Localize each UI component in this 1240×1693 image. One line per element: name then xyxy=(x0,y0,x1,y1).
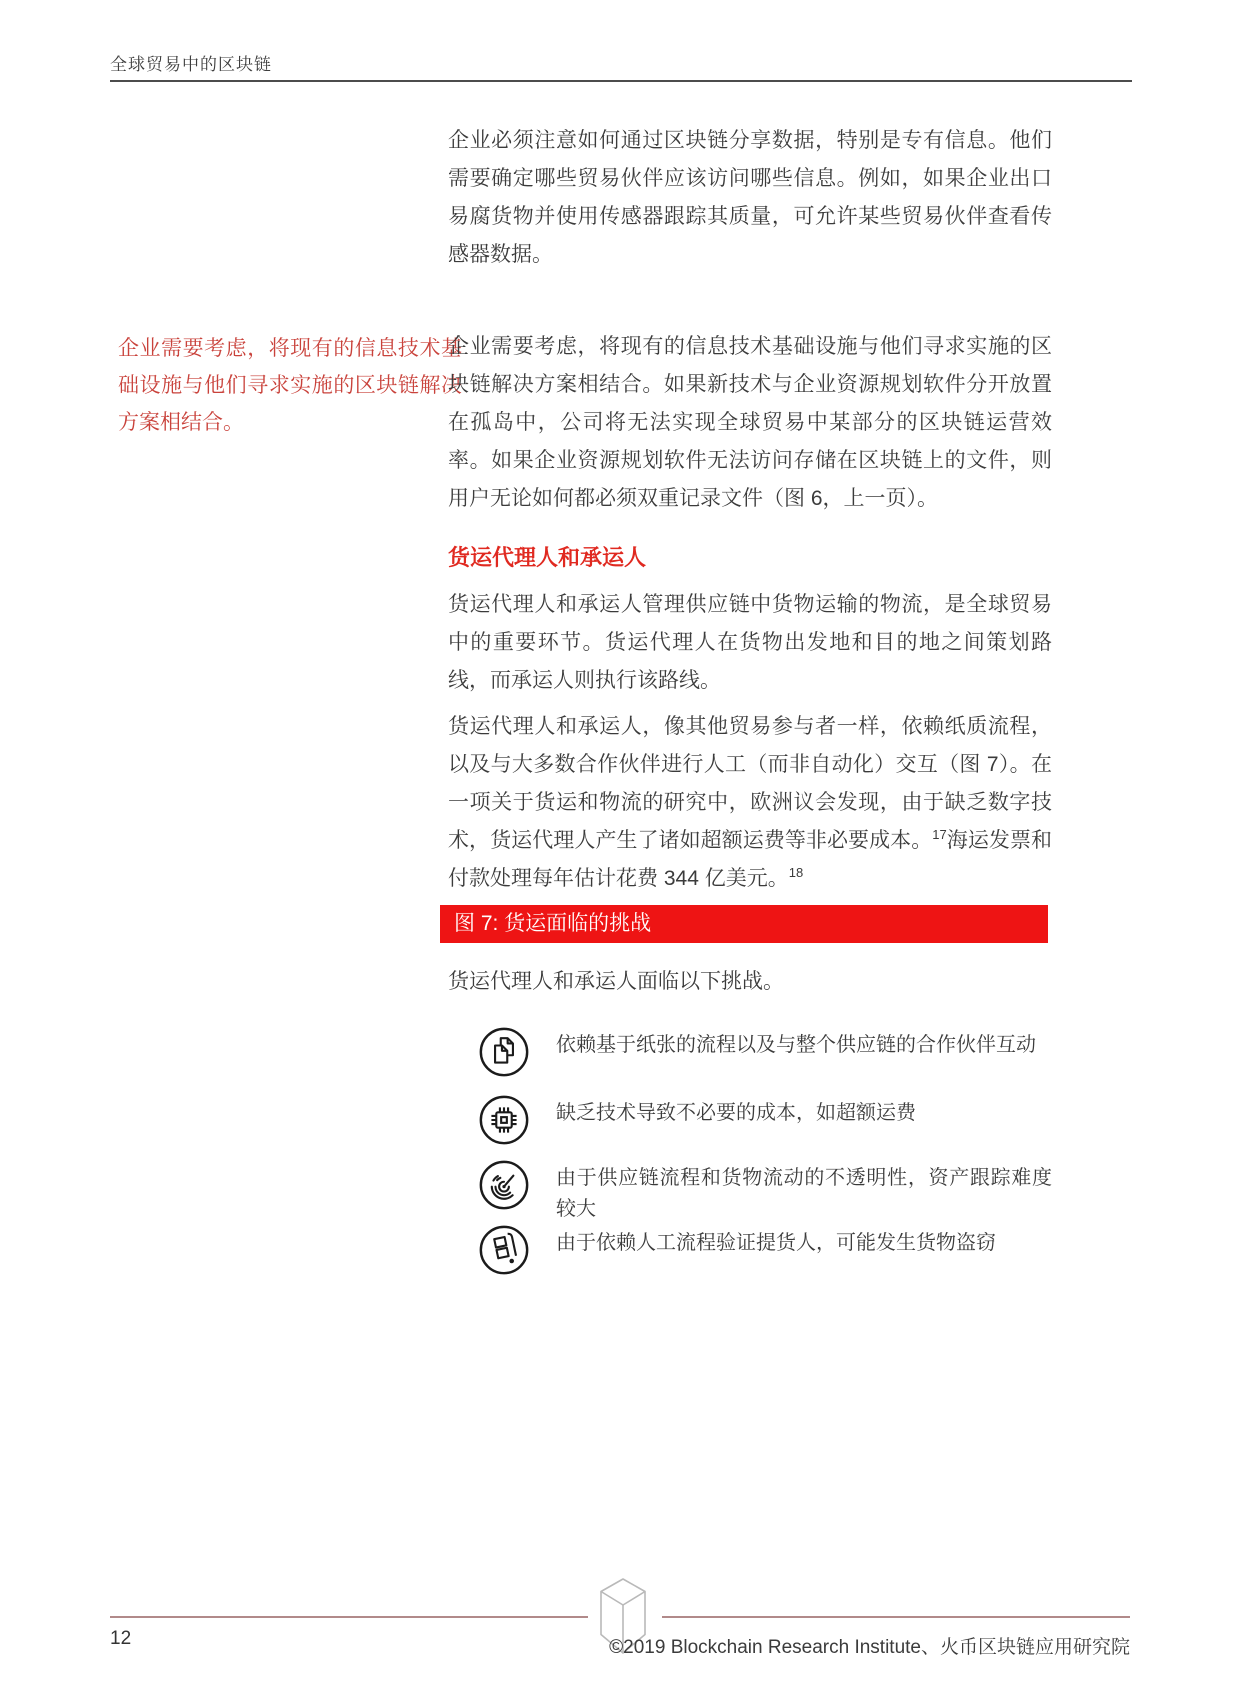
challenge-text: 由于供应链流程和货物流动的不透明性，资产跟踪难度较大 xyxy=(556,1159,1052,1225)
handtruck-icon xyxy=(478,1224,530,1276)
footnote-ref-17: 17 xyxy=(932,827,946,842)
figure7-banner: 图 7: 货运面临的挑战 xyxy=(440,905,1048,943)
paragraph-data-sharing: 企业必须注意如何通过区块链分享数据，特别是专有信息。他们需要确定哪些贸易伙伴应该… xyxy=(448,122,1052,274)
footer-copyright: ©2019 Blockchain Research Institute、火币区块… xyxy=(609,1632,1130,1659)
section-heading: 货运代理人和承运人 xyxy=(448,541,646,572)
paragraph-it-infrastructure: 企业需要考虑，将现有的信息技术基础设施与他们寻求实施的区块链解决方案相结合。如果… xyxy=(448,328,1052,518)
footnote-ref-18: 18 xyxy=(789,865,803,880)
challenge-text: 缺乏技术导致不必要的成本，如超额运费 xyxy=(556,1094,1052,1129)
header-title: 全球贸易中的区块链 xyxy=(110,50,272,75)
chip-icon xyxy=(478,1094,530,1146)
header-rule xyxy=(110,80,1132,82)
document-page: 全球贸易中的区块链 企业必须注意如何通过区块链分享数据，特别是专有信息。他们需要… xyxy=(0,0,1240,1693)
pull-quote: 企业需要考虑，将现有的信息技术基础设施与他们寻求实施的区块链解决方案相结合。 xyxy=(118,330,462,441)
challenge-item-theft: 由于依赖人工流程验证提货人，可能发生货物盗窃 xyxy=(478,1224,1053,1276)
radar-tracking-icon xyxy=(478,1159,530,1211)
challenge-item-technology: 缺乏技术导致不必要的成本，如超额运费 xyxy=(478,1094,1053,1146)
paragraph-freight-forwarders: 货运代理人和承运人管理供应链中货物运输的物流，是全球贸易中的重要环节。货运代理人… xyxy=(448,586,1052,700)
footer-rule-left xyxy=(110,1616,588,1618)
challenge-item-paper: 依赖基于纸张的流程以及与整个供应链的合作伙伴互动 xyxy=(478,1026,1053,1078)
figure7-intro: 货运代理人和承运人面临以下挑战。 xyxy=(448,963,1052,1001)
challenge-item-tracking: 由于供应链流程和货物流动的不透明性，资产跟踪难度较大 xyxy=(478,1159,1053,1225)
footer-rule-right xyxy=(662,1616,1130,1618)
paragraph-paper-processes: 货运代理人和承运人，像其他贸易参与者一样，依赖纸质流程，以及与大多数合作伙伴进行… xyxy=(448,708,1052,898)
page-number: 12 xyxy=(110,1628,131,1650)
challenge-text: 依赖基于纸张的流程以及与整个供应链的合作伙伴互动 xyxy=(556,1026,1052,1061)
documents-icon xyxy=(478,1026,530,1078)
challenge-text: 由于依赖人工流程验证提货人，可能发生货物盗窃 xyxy=(556,1224,1052,1259)
